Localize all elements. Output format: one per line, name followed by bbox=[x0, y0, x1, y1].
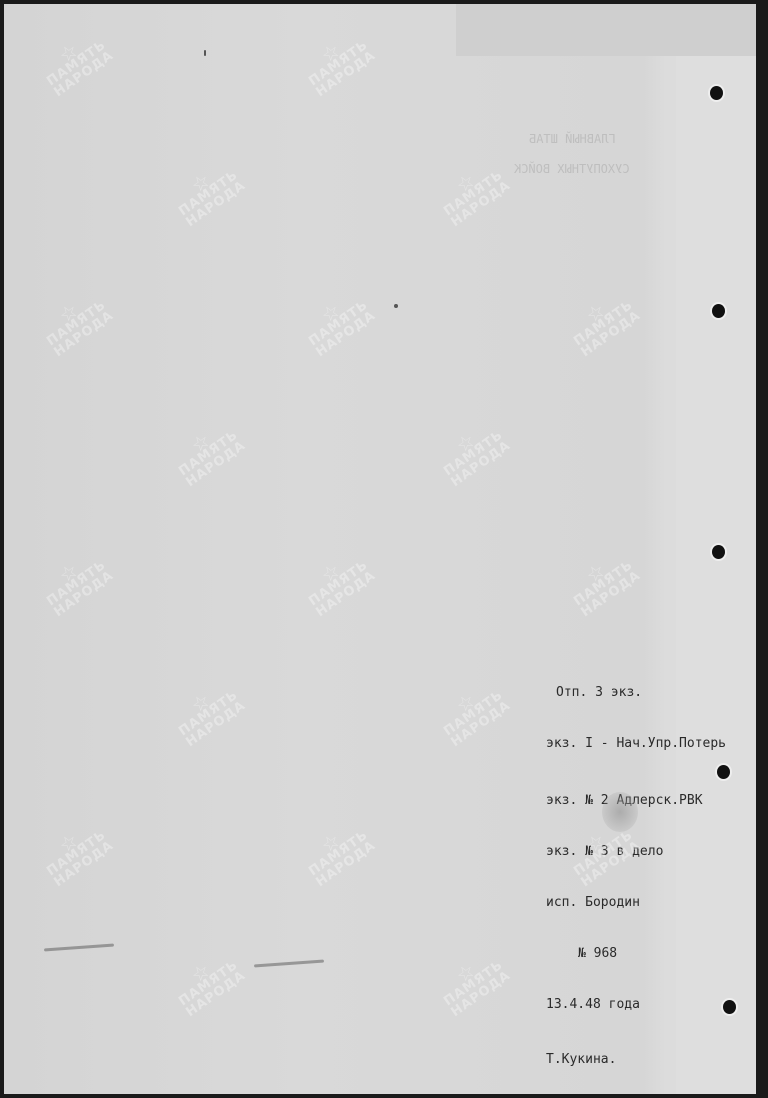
watermark: ☆ПАМЯТЬНАРОДА bbox=[37, 818, 116, 890]
punch-hole bbox=[712, 545, 725, 559]
watermark: ☆ПАМЯТЬНАРОДА bbox=[299, 28, 378, 100]
watermark: ☆ПАМЯТЬНАРОДА bbox=[434, 158, 513, 230]
copies-line: Отп. 3 экз. bbox=[546, 684, 726, 701]
watermark: ☆ПАМЯТЬНАРОДА bbox=[37, 548, 116, 620]
speck bbox=[204, 50, 206, 56]
speck bbox=[394, 304, 398, 308]
watermark: ☆ПАМЯТЬНАРОДА bbox=[434, 948, 513, 1020]
handwriting-mark bbox=[44, 944, 114, 952]
copy-1-line: экз. I - Нач.Упр.Потерь bbox=[546, 735, 726, 752]
typist-line: Т.Кукина. bbox=[546, 1051, 726, 1068]
watermark: ☆ПАМЯТЬНАРОДА bbox=[299, 548, 378, 620]
distribution-note: Отп. 3 экз. экз. I - Нач.Упр.Потерь экз.… bbox=[546, 650, 726, 1098]
watermark: ☆ПАМЯТЬНАРОДА bbox=[37, 288, 116, 360]
watermark: ☆ПАМЯТЬНАРОДА bbox=[299, 288, 378, 360]
handwriting-mark bbox=[254, 960, 324, 968]
watermark: ☆ПАМЯТЬНАРОДА bbox=[564, 548, 643, 620]
number-line: № 968 bbox=[546, 945, 726, 962]
watermark: ☆ПАМЯТЬНАРОДА bbox=[37, 28, 116, 100]
watermark: ☆ПАМЯТЬНАРОДА bbox=[169, 678, 248, 750]
watermark: ☆ПАМЯТЬНАРОДА bbox=[434, 678, 513, 750]
watermark: ☆ПАМЯТЬНАРОДА bbox=[564, 288, 643, 360]
document-page: ГЛАВНЫЙ ШТАБ СУХОПУТНЫХ ВОЙСК Отп. 3 экз… bbox=[4, 4, 756, 1094]
bleed-through-heading-1: ГЛАВНЫЙ ШТАБ bbox=[529, 132, 616, 146]
scan-shadow bbox=[456, 4, 756, 56]
executor-line: исп. Бородин bbox=[546, 894, 726, 911]
date-line: 13.4.48 года bbox=[546, 996, 726, 1013]
watermark: ☆ПАМЯТЬНАРОДА bbox=[299, 818, 378, 890]
bleed-through-heading-2: СУХОПУТНЫХ ВОЙСК bbox=[514, 162, 630, 176]
watermark: ☆ПАМЯТЬНАРОДА bbox=[169, 948, 248, 1020]
watermark: ☆ПАМЯТЬНАРОДА bbox=[169, 418, 248, 490]
watermark: ☆ПАМЯТЬНАРОДА bbox=[434, 418, 513, 490]
watermark: ☆ПАМЯТЬНАРОДА bbox=[169, 158, 248, 230]
punch-hole bbox=[710, 86, 723, 100]
punch-hole bbox=[712, 304, 725, 318]
